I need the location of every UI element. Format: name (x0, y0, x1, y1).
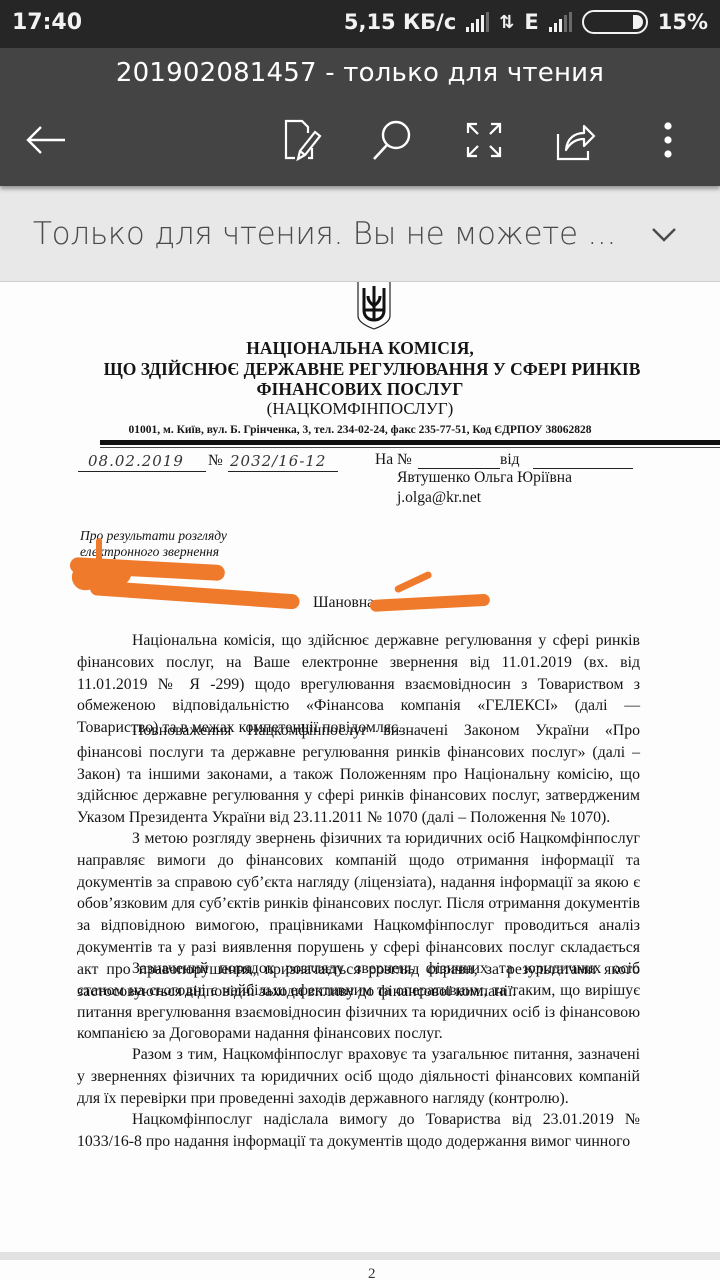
arrow-left-icon (25, 124, 67, 156)
redaction-mark (394, 570, 433, 593)
more-options-button[interactable] (642, 114, 694, 166)
recipient-email: j.olga@kr.net (397, 489, 481, 507)
body-paragraph: Нацкомфінпослуг надіслала вимогу до Това… (77, 1109, 640, 1153)
edit-button[interactable] (276, 114, 328, 166)
search-icon (370, 118, 414, 162)
body-paragraph: Разом з тим, Нацкомфінпослуг враховує та… (77, 1044, 640, 1109)
org-name-line2: ЩО ЗДІЙСНЮЄ ДЕРЖАВНЕ РЕГУЛЮВАННЯ У СФЕРІ… (12, 359, 720, 380)
body-paragraph: Повноваження Нацкомфінпослуг визначені З… (77, 720, 640, 829)
share-button[interactable] (550, 114, 602, 166)
read-only-banner[interactable]: Только для чтения. Вы не можете ... (0, 186, 720, 282)
coat-of-arms-icon (356, 282, 392, 330)
back-button[interactable] (20, 114, 72, 166)
redaction-mark (370, 594, 490, 612)
document-page-2: 2 (0, 1260, 720, 1280)
status-indicators: 5,15 КБ/с ⇅ E 15% (344, 10, 708, 34)
signal-icon (466, 12, 489, 32)
document-page: НАЦІОНАЛЬНА КОМІСІЯ, ЩО ЗДІЙСНЮЄ ДЕРЖАВН… (0, 282, 720, 1252)
salutation: Шановна (313, 594, 374, 612)
document-title: 201902081457 - только для чтения (0, 58, 720, 88)
page-number: 2 (368, 1266, 376, 1280)
status-time: 17:40 (12, 10, 82, 35)
outgoing-date: 08.02.2019 (88, 452, 184, 470)
org-name-line1: НАЦІОНАЛЬНА КОМІСІЯ, (0, 338, 720, 359)
number-sign: № (208, 452, 223, 470)
app-toolbar: 201902081457 - только для чтения (0, 48, 720, 186)
share-icon (555, 118, 597, 162)
more-vertical-icon (660, 120, 676, 160)
network-type: E (524, 10, 538, 34)
header-divider-thin (100, 447, 720, 448)
redaction-mark (96, 538, 102, 578)
page-separator (0, 1252, 720, 1260)
subject-line1: Про результати розгляду (80, 528, 227, 544)
recipient-name: Явтушенко Ольга Юріївна (397, 469, 572, 487)
chevron-down-icon[interactable] (648, 218, 680, 250)
edit-document-icon (282, 118, 322, 162)
network-speed: 5,15 КБ/с (344, 10, 456, 34)
number-underline (228, 471, 338, 472)
org-address: 01001, м. Київ, вул. Б. Грінченка, 3, те… (0, 424, 720, 436)
reply-number-label: На № (375, 451, 412, 469)
battery-icon (582, 10, 648, 34)
date-underline (78, 471, 206, 472)
org-name-line3: ФІНАНСОВИХ ПОСЛУГ (0, 379, 720, 400)
org-abbreviation: (НАЦКОМФІНПОСЛУГ) (0, 399, 720, 419)
reply-date-label: від (500, 451, 520, 469)
outgoing-number: 2032/16-12 (230, 452, 326, 470)
banner-text: Только для чтения. Вы не можете ... (33, 216, 616, 252)
fullscreen-button[interactable] (458, 114, 510, 166)
signal-icon-2 (549, 12, 572, 32)
redaction-mark (89, 580, 300, 610)
status-bar: 17:40 5,15 КБ/с ⇅ E 15% (0, 0, 720, 48)
search-button[interactable] (366, 114, 418, 166)
body-paragraph: Зазначений порядок розгляду звернень фіз… (77, 958, 640, 1045)
data-transfer-icon: ⇅ (499, 12, 514, 33)
battery-percent: 15% (658, 10, 708, 34)
expand-icon (464, 120, 504, 160)
header-divider (100, 440, 720, 445)
